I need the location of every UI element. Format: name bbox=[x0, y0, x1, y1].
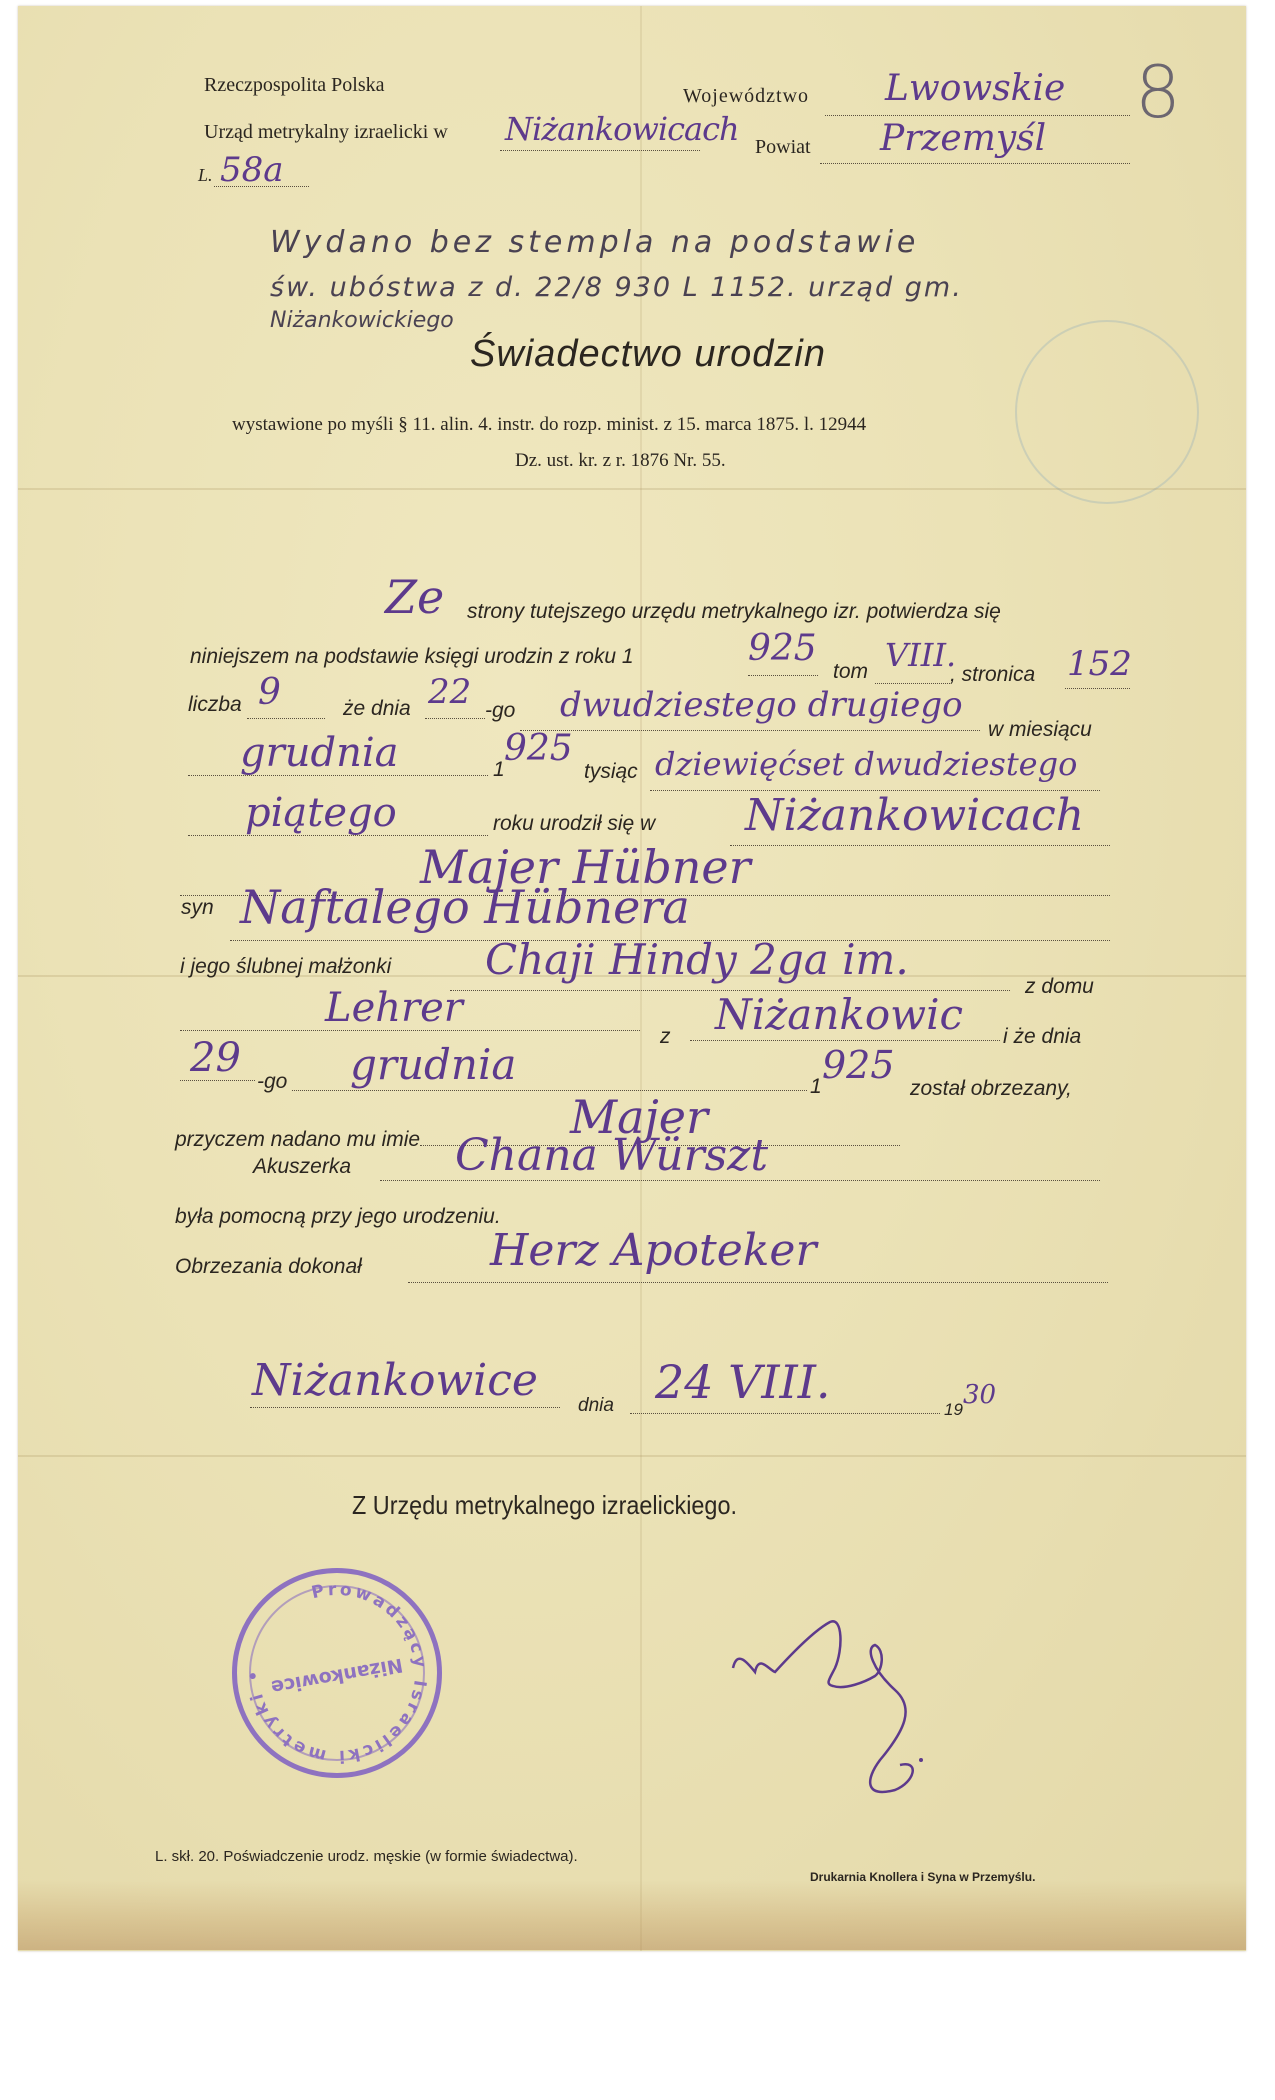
voivodeship-label: Województwo bbox=[683, 85, 809, 108]
issue-date: 24 VIII. bbox=[655, 1355, 831, 1409]
year-words: dziewięćset dwudziestego bbox=[655, 745, 1077, 783]
issue-year: 30 bbox=[963, 1380, 996, 1410]
circumciser-line bbox=[408, 1282, 1108, 1283]
office-label: Urząd metrykalny izraelicki w bbox=[204, 121, 448, 144]
entry-number-label: liczba bbox=[188, 693, 242, 717]
midwife-text: była pomocną przy jego urodzeniu. bbox=[175, 1205, 501, 1229]
voivodeship-value: Lwowskie bbox=[885, 68, 1065, 109]
county-label: Powiat bbox=[755, 136, 811, 159]
book-year-line bbox=[748, 675, 818, 676]
born-label: roku urodził się w bbox=[493, 812, 655, 836]
pencil-note-line3: Niżankowickiego bbox=[270, 308, 454, 333]
issue-place-line bbox=[250, 1407, 560, 1408]
from-label: z bbox=[660, 1025, 671, 1049]
midwife-label: Akuszerka bbox=[253, 1155, 351, 1179]
circumciser-label: Obrzezania dokonał bbox=[175, 1255, 362, 1279]
issue-date-label: dnia bbox=[578, 1395, 614, 1417]
given-name-label: przyczem nadano mu imie bbox=[175, 1128, 420, 1152]
birthplace: Niżankowicach bbox=[745, 790, 1084, 841]
year-words-2: piątego bbox=[245, 790, 397, 836]
day-words: dwudziestego drugiego bbox=[560, 685, 963, 725]
day-suffix: -go bbox=[485, 699, 515, 723]
day-line bbox=[425, 718, 485, 719]
entry-number-value: 9 bbox=[258, 672, 281, 713]
legal-basis-line1: wystawione po myśli § 11. alin. 4. instr… bbox=[232, 414, 866, 436]
volume-value: VIII. bbox=[885, 636, 956, 674]
page-label: , stronica bbox=[950, 663, 1035, 687]
year-prefix: 1 bbox=[493, 758, 505, 782]
page-line bbox=[1065, 688, 1130, 689]
mother-name: Chaji Hindy 2ga im. bbox=[485, 935, 909, 984]
printer-note: Drukarnia Knollera i Syna w Przemyślu. bbox=[810, 1870, 1035, 1884]
circumcision-year-prefix: 1 bbox=[810, 1075, 822, 1099]
father-name: Naftalego Hübnera bbox=[240, 880, 690, 934]
maiden-name: Lehrer bbox=[325, 985, 463, 1031]
country-heading: Rzeczpospolita Polska bbox=[204, 74, 385, 97]
number-value: 58a bbox=[220, 150, 284, 190]
issuer-line: Z Urzędu metrykalnego izraelickiego. bbox=[352, 1490, 737, 1521]
number-label: L. bbox=[198, 165, 213, 186]
faint-blue-stamp bbox=[1015, 320, 1199, 504]
entry-number-line bbox=[247, 718, 325, 719]
circumcision-day-label: i że dnia bbox=[1003, 1025, 1081, 1049]
legal-basis-line2: Dz. ust. kr. z r. 1876 Nr. 55. bbox=[515, 450, 726, 472]
circumcision-month: grudnia bbox=[350, 1040, 516, 1089]
voivodeship-line bbox=[825, 115, 1130, 116]
official-stamp: Prowadzący Israelicki metryki • Niżankow… bbox=[232, 1568, 442, 1778]
issue-year-prefix: 19 bbox=[944, 1400, 963, 1420]
fold-line bbox=[18, 488, 1246, 490]
son-label: syn bbox=[181, 896, 214, 920]
form-note: L. skł. 20. Poświadczenie urodz. męskie … bbox=[155, 1848, 578, 1865]
circumcision-day: 29 bbox=[190, 1035, 241, 1081]
birthplace-line bbox=[730, 845, 1110, 846]
pencil-note-line1: Wydano bez stempla na podstawie bbox=[270, 225, 919, 260]
page-mark: 8 bbox=[1135, 50, 1181, 134]
maiden-label: z domu bbox=[1025, 975, 1094, 999]
pencil-note-line2: św. ubóstwa z d. 22/8 930 L 1152. urząd … bbox=[270, 272, 963, 303]
month-value: grudnia bbox=[240, 730, 399, 776]
midwife-name: Chana Würszt bbox=[455, 1130, 768, 1181]
county-line bbox=[820, 163, 1130, 164]
day-value: 22 bbox=[428, 672, 471, 712]
issue-place: Niżankowice bbox=[252, 1355, 538, 1406]
book-year-value: 925 bbox=[748, 628, 817, 669]
volume-label: tom bbox=[833, 660, 868, 684]
volume-line bbox=[875, 683, 950, 684]
intro-hand: Ze bbox=[385, 570, 444, 624]
office-line bbox=[500, 150, 700, 151]
mother-origin: Niżankowic bbox=[715, 990, 963, 1039]
fold-line bbox=[18, 1455, 1246, 1457]
day-label: że dnia bbox=[343, 697, 411, 721]
year-words-label: tysiąc bbox=[584, 760, 638, 784]
signature bbox=[725, 1610, 1005, 1810]
intro-text: strony tutejszego urzędu metrykalnego iz… bbox=[467, 600, 1001, 624]
origin-line bbox=[690, 1040, 1000, 1041]
office-value: Niżankowicach bbox=[505, 110, 739, 148]
circumcision-day-suffix: -go bbox=[257, 1070, 287, 1094]
day-words-line bbox=[520, 730, 980, 731]
circumcision-year: 925 bbox=[822, 1043, 895, 1087]
mother-label: i jego ślubnej małżonki bbox=[180, 955, 391, 979]
year-value: 925 bbox=[504, 728, 573, 769]
document-title: Świadectwo urodzin bbox=[470, 333, 826, 376]
water-stain bbox=[18, 1880, 1246, 1950]
circumciser-name: Herz Apoteker bbox=[490, 1225, 817, 1276]
month-label: w miesiącu bbox=[988, 718, 1092, 742]
circumcision-month-line bbox=[292, 1090, 807, 1091]
issue-date-line bbox=[630, 1413, 940, 1414]
circumcision-text: został obrzezany, bbox=[910, 1077, 1072, 1101]
county-value: Przemyśl bbox=[880, 118, 1046, 159]
book-year-label: niniejszem na podstawie księgi urodzin z… bbox=[190, 645, 634, 669]
page-value: 152 bbox=[1067, 644, 1132, 684]
